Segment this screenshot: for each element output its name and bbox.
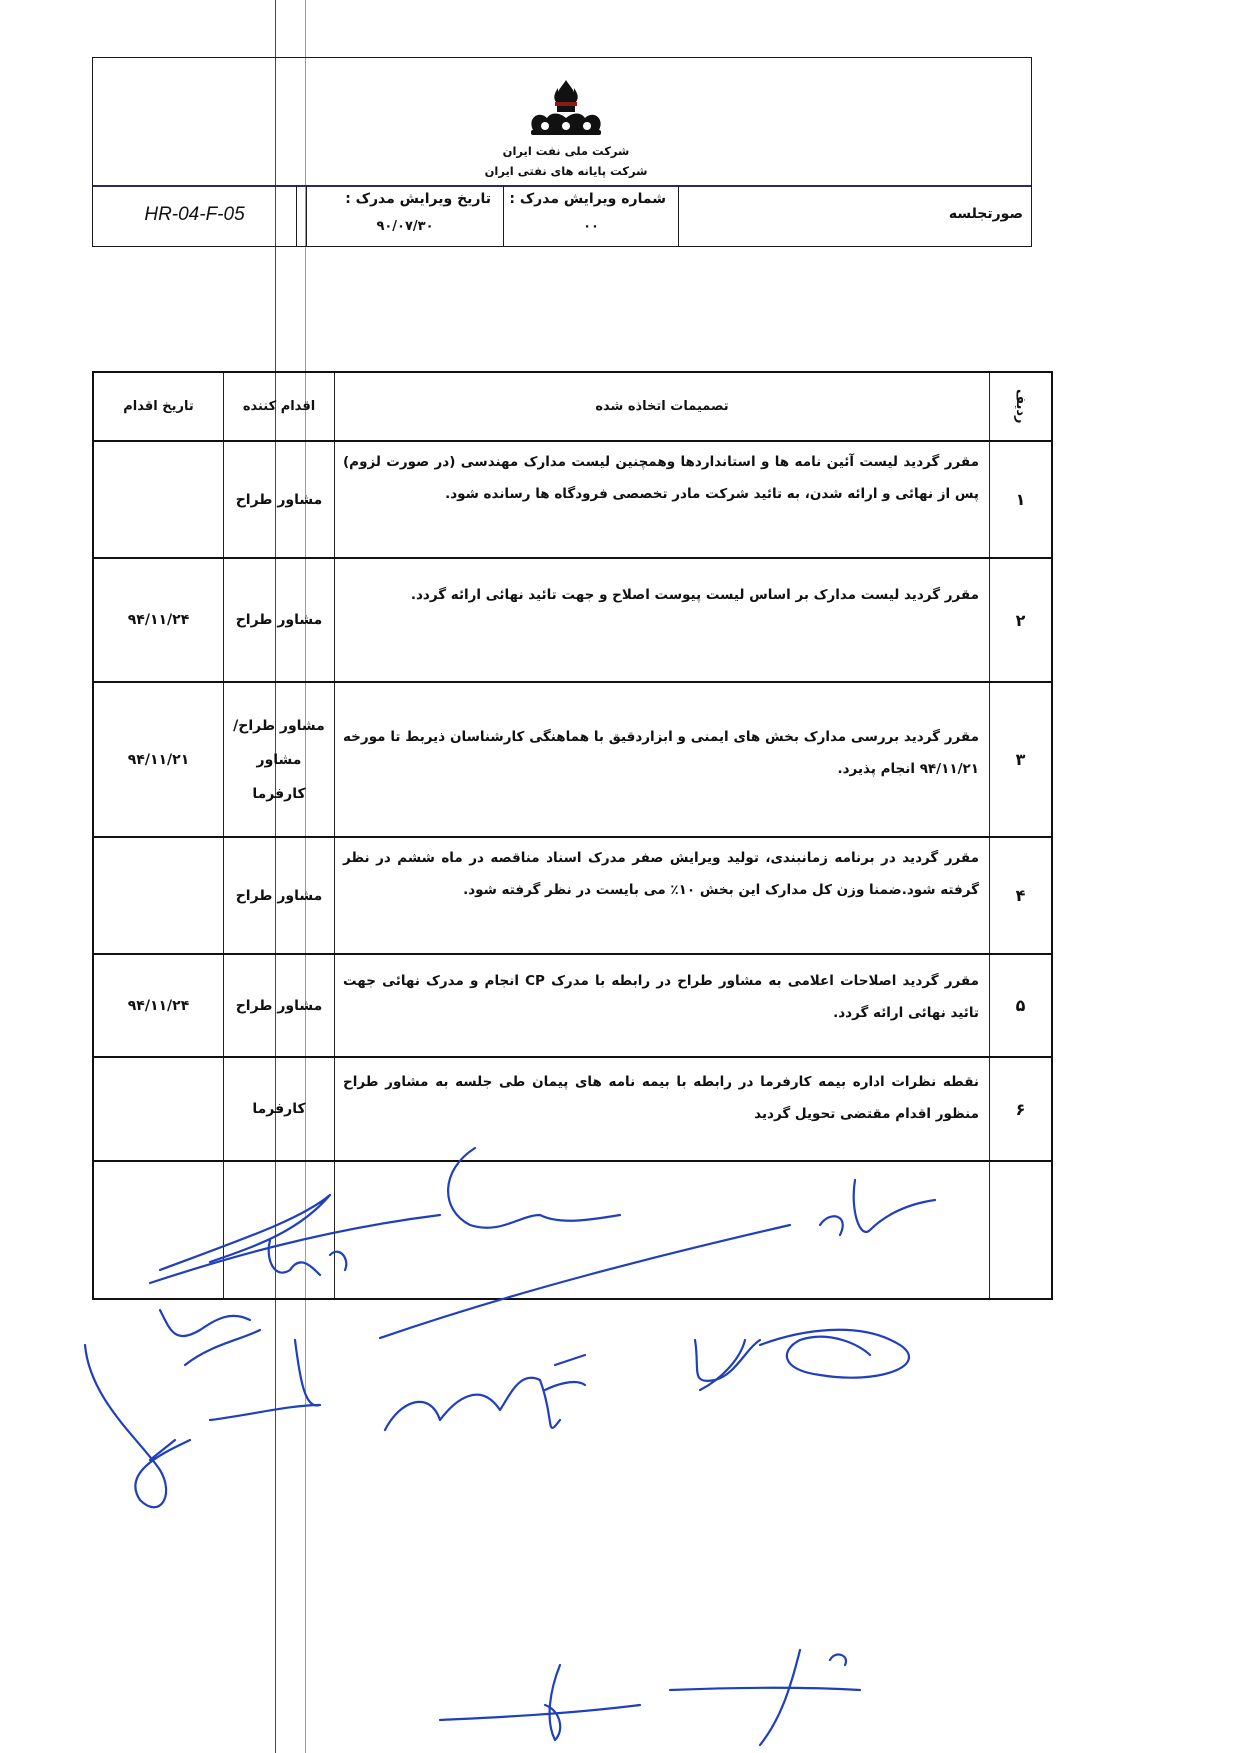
handwritten-signature-icon bbox=[0, 0, 1240, 1753]
